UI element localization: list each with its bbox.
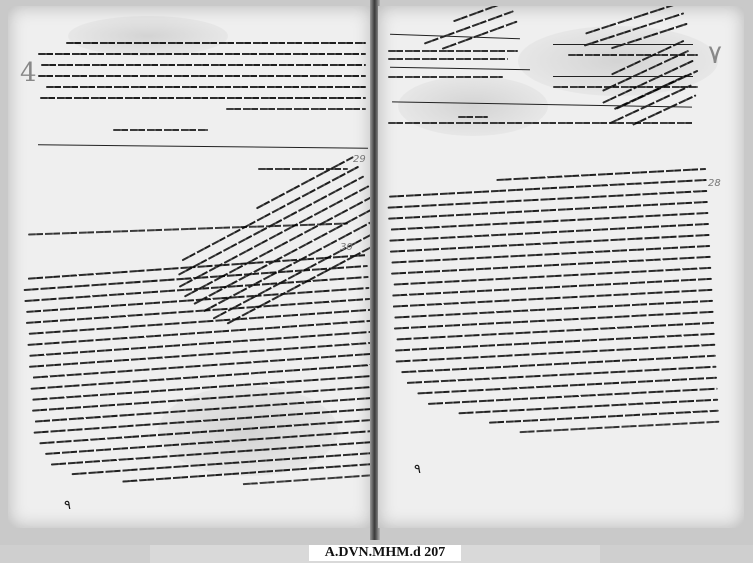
entry-number-30: 30	[340, 242, 353, 253]
archive-reference-label: A.DVN.MHM.d 207	[309, 545, 461, 561]
closing-mark-left: ٩	[64, 498, 71, 513]
paper-stain	[398, 76, 548, 136]
scan-margin	[600, 545, 753, 563]
text-block-top-left	[36, 42, 366, 119]
entry-divider	[38, 144, 368, 148]
closing-mark-right: ٩	[414, 462, 421, 477]
text-line	[458, 116, 488, 118]
folio-number-right: ٧	[708, 40, 722, 70]
manuscript-scan: 4 29 30	[0, 0, 753, 545]
text-line	[113, 129, 208, 131]
scan-margin	[0, 545, 150, 563]
register-divider	[390, 67, 530, 70]
text-line	[388, 58, 508, 60]
text-line	[388, 76, 503, 78]
entry-number-28: 28	[708, 178, 721, 189]
left-page: 4 29 30	[8, 6, 372, 528]
right-page: ٧	[378, 6, 744, 528]
register-divider	[553, 76, 693, 77]
text-line	[388, 122, 693, 124]
text-block-main-left	[23, 254, 372, 509]
text-block-main-right	[386, 168, 719, 448]
text-line	[388, 50, 518, 52]
text-line	[258, 168, 348, 170]
folio-number-left: 4	[20, 58, 37, 88]
